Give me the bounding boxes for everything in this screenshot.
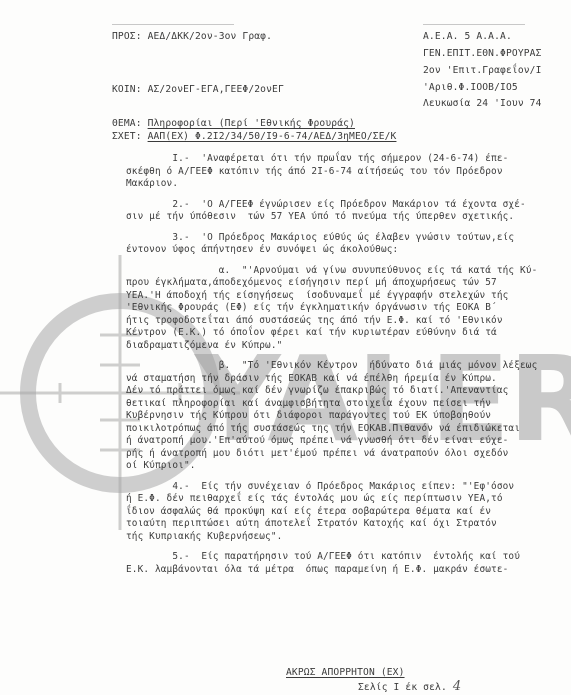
cc-value: ΑΣ/2ονΕΓ-ΕΓΑ,ΓΕΕΦ/2ονΕΓ [148,84,284,95]
to-line: ΠΡΟΣ: ΑΕΔ/ΔΚΚ/2ον-3ον Γραφ. [112,30,272,43]
body-line: Ε.Κ. λαμβάνονται όλα τά μέτρα όπως παραμ… [126,563,508,576]
subject-value: Πληροφορίαι (Περί 'Εθνικής Φρουράς) [148,118,355,129]
sender-line: Λευκωσία 24 'Ιουν 74 [423,97,542,110]
page-total-handwritten: 4 [453,679,461,694]
body-line: Κέντρον (Ε.Κ.) τό όποΐον φέρει καί τήν κ… [126,326,497,339]
body-line: α. "'Αρνούμαι νά γίνω συνυπεύθυνος είς τ… [126,264,537,277]
body-line: 4.- Είς τήν συνέχειαν ό Πρόεδρος Μακάριο… [126,480,514,493]
sender-line: 2ον 'Επιτ.Γραφεΐον/Ι [423,64,542,77]
body-line: β. "Τό 'Εθνικόν Κέντρον ήδύνατο διά μιάς… [126,359,537,372]
body-line: ή Ε.Φ. δέν πειθαρχεΐ είς τάς έντολάς μου… [126,492,503,505]
reference-value: ΑΑΠ(ΕΧ) Φ.2Ι2/34/50/Ι9-6-74/ΑΕΔ/3ηΜΕΟ/ΣΕ… [148,131,397,142]
subject-line: ΘΕΜΑ: Πληροφορίαι (Περί 'Εθνικής Φρουράς… [112,117,355,130]
body-line: πρου έγκλήματα,άποδεχόμενος είσήγησιν πε… [126,276,497,289]
body-line: έντονον ύφος άπήντησεν έν συνόψει ώς άκο… [126,243,398,256]
body-line: σκέφθη ό Α/ΓΕΕΦ κατόπιν τής άπό 2Ι-6-74 … [126,165,503,178]
body-line: ποικιλοτρόπως άπό τής συστάσεώς της τήν … [126,422,520,435]
reference-label: ΣΧΕΤ: [112,131,142,142]
body-line: θετικαί πληροφορίαι καί άναμφισβήτητα στ… [126,397,491,410]
body-line: τής Κυπριακής Κυβερνήσεως". [126,530,282,543]
subject-label: ΘΕΜΑ: [112,118,142,129]
body-line: 5.- Είς παρατήρησιν τού Α/ΓΕΕΦ ότι κατόπ… [126,550,520,563]
body-line: ήτις τροφοδοτεΐται άπό συστάσεώς της άπό… [126,314,503,327]
body-line: ρής ή άνατροπή μου διότι μετ'έμού πρέπει… [126,447,508,460]
document-page: YALERT ΠΡΟΣ: ΑΕΔ/ΔΚΚ/2ον-3ον Γραφ. ΚΟΙΝ:… [0,0,571,695]
body-line: νά σταματήση τήν δράσιν τής ΕΟΚΑΒ καί νά… [126,372,497,385]
body-line: 2.- 'Ο Α/ΓΕΕΦ έγνώρισεν είς Πρόεδρον Μακ… [126,198,526,211]
body-line: οί Κύπριοι". [126,459,196,472]
body-line: Κυβέρνησιν τής Κύπρου ότι διάφοροι παράγ… [126,409,491,422]
header-rule-left [112,24,234,25]
body-line: ΐδιον άσφαλώς θά προκύψη καί είς έτερα σ… [126,505,491,518]
page-label: Σελίς Ι έκ σελ. [358,682,447,693]
body-line: Δέν τό πράττει όμως καί δέν γνωρίζω έπακ… [126,384,508,397]
body-line: Μακάριον. [126,177,178,190]
cc-line: ΚΟΙΝ: ΑΣ/2ονΕΓ-ΕΓΑ,ΓΕΕΦ/2ονΕΓ [112,83,284,96]
sender-line: 'Αριθ.Φ.ΙΟΟΒ/ΙΟ5 [423,81,518,94]
sender-line: Α.Ε.Α. 5 Α.Α.Α. [423,30,512,43]
body-line: τοιαύτη περιπτώσει αύτη άποτελεΐ Στρατόν… [126,517,497,530]
body-line: ΥΕΑ.'Η άποδοχή τής είσηγήσεως ίσοδυναμεΐ… [126,289,508,302]
body-line: σιν μέ τήν ύπόθεσιν τών 57 ΥΕΑ ύπό τό πν… [126,210,514,223]
body-line: Ι.- 'Αναφέρεται ότι τήν πρωΐαν τής σήμερ… [126,152,508,165]
sender-line: ΓΕΝ.ΕΠΙΤ.ΕΘΝ.ΦΡΟΥΡΑΣ [423,47,542,60]
reference-line: ΣΧΕΤ: ΑΑΠ(ΕΧ) Φ.2Ι2/34/50/Ι9-6-74/ΑΕΔ/3η… [112,130,396,143]
body-line: ή άνατροπή μου.'Επ'αύτού όμως πρέπει νά … [126,434,508,447]
body-line: 3.- 'Ο Πρόεδρος Μακάριος εύθύς ώς έλαβεν… [126,231,514,244]
cc-label: ΚΟΙΝ: [112,84,142,95]
to-value: ΑΕΔ/ΔΚΚ/2ον-3ον Γραφ. [148,31,272,42]
body-line: διαδραματιζόμενα έν Κύπρω." [126,339,282,352]
header-rule-right [423,24,525,25]
to-label: ΠΡΟΣ: [112,31,142,42]
body-line: 'Εθνικής Φρουράς (ΕΦ) είς τήν έγκληματικ… [126,301,497,314]
page-indicator: Σελίς Ι έκ σελ. 4 [358,680,461,694]
classification-marking: ΑΚΡΩΣ ΑΠΟΡΡΗΤΟΝ (ΕΧ) [286,666,405,679]
